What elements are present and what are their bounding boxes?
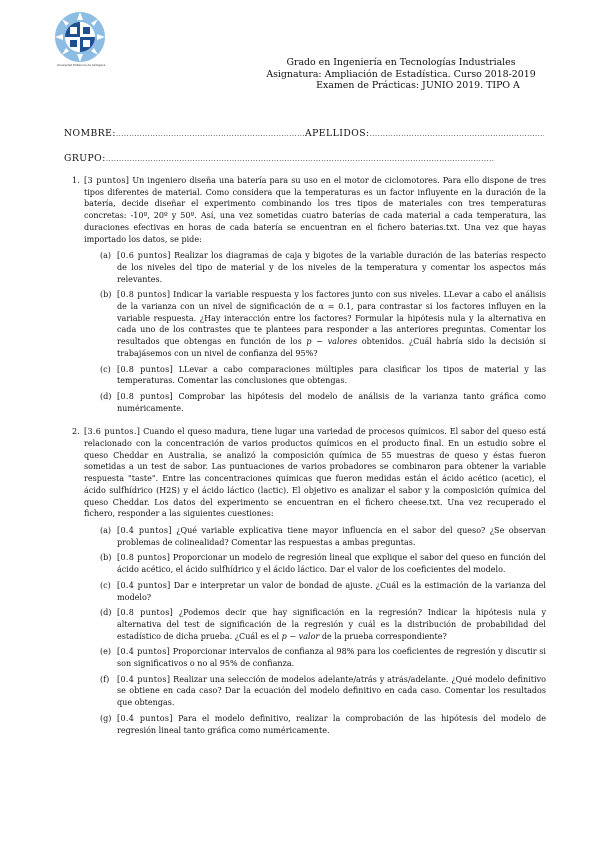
subquestion-text: Comprobar las hipótesis del modelo de an… [117, 392, 546, 413]
subquestion-2e: (e) [0.4 puntos] Proporcionar intervalos… [84, 646, 546, 669]
nombre-label: NOMBRE: [64, 128, 116, 139]
subquestion-2b: (b) [0.8 puntos] Proporcionar un modelo … [84, 552, 546, 575]
subquestion-points: [0.4 puntos] [117, 675, 170, 684]
subquestion-2f: (f) [0.4 puntos] Realizar una selección … [84, 674, 546, 709]
subquestion-2c: (c) [0.4 puntos] Dar e interpretar un va… [84, 580, 546, 603]
subquestion-label: (b) [100, 289, 111, 301]
subquestion-text-end: de la prueba correspondiente? [319, 632, 447, 641]
subquestion-label: (d) [100, 391, 111, 403]
question-points: [3 puntos] [84, 176, 129, 185]
subquestion-label: (b) [100, 552, 111, 564]
subquestion-1b: (b) [0.8 puntos] Indicar la variable res… [84, 289, 546, 359]
subquestion-label: (f) [100, 674, 109, 686]
subquestion-2g: (g) [0.4 puntos] Para el modelo definiti… [84, 713, 546, 736]
subquestion-points: [0.8 puntos] [117, 553, 170, 562]
apellidos-field[interactable]: ........................................… [370, 130, 544, 138]
subquestion-label: (c) [100, 364, 111, 376]
student-fields: NOMBRE:.................................… [64, 128, 544, 165]
p-value-term: p − valor [282, 632, 320, 641]
question-text: Un ingeniero diseña una batería para su … [84, 176, 546, 244]
subquestion-points: [0.4 puntos] [117, 526, 172, 535]
question-list: 1. [3 puntos] Un ingeniero diseña una ba… [64, 175, 546, 740]
question-1: 1. [3 puntos] Un ingeniero diseña una ba… [64, 175, 546, 414]
subquestion-label: (g) [100, 713, 111, 725]
subquestion-text: Dar e interpretar un valor de bondad de … [117, 581, 546, 602]
subquestion-text: LLevar a cabo comparaciones múltiples pa… [117, 365, 546, 386]
exam-page: Universidad Politécnica de Cartagena Gra… [0, 0, 599, 848]
subquestion-points: [0.4 puntos] [117, 714, 173, 723]
subquestion-points: [0.8 puntos] [117, 290, 170, 299]
subquestion-points: [0.8 puntos] [117, 392, 173, 401]
subquestion-text: ¿Qué variable explicativa tiene mayor in… [117, 526, 546, 547]
logo-caption: Universidad Politécnica de Cartagena [52, 64, 110, 67]
course-subject: Asignatura: Ampliación de Estadística. C… [251, 69, 551, 81]
p-value-term: p − valores [306, 337, 357, 346]
subquestion-points: [0.6 puntos] [117, 251, 171, 260]
question-intro: [3.6 puntos.] Cuando el queso madura, ti… [84, 426, 546, 520]
subquestion-points: [0.8 puntos] [117, 608, 173, 617]
question-text: Cuando el queso madura, tiene lugar una … [84, 427, 546, 518]
exam-header: Grado en Ingeniería en Tecnologías Indus… [251, 57, 551, 92]
grupo-label: GRUPO: [64, 153, 106, 164]
subquestion-1d: (d) [0.8 puntos] Comprobar las hipótesis… [84, 391, 546, 414]
name-row: NOMBRE:.................................… [64, 128, 544, 140]
subquestion-text: Proporcionar intervalos de confianza al … [117, 647, 546, 668]
question-2: 2. [3.6 puntos.] Cuando el queso madura,… [64, 426, 546, 736]
subquestion-label: (d) [100, 607, 111, 619]
question-intro: [3 puntos] Un ingeniero diseña una bater… [84, 175, 546, 245]
subquestion-label: (e) [100, 646, 111, 658]
exam-title: Examen de Prácticas: JUNIO 2019. TIPO A [251, 80, 551, 92]
subquestion-text: Realizar una selección de modelos adelan… [117, 675, 546, 707]
subquestion-label: (a) [100, 250, 111, 262]
group-row: GRUPO:..................................… [64, 153, 544, 165]
question-number: 1. [72, 175, 80, 187]
apellidos-label: APELLIDOS: [305, 128, 370, 139]
nombre-field[interactable]: ........................................… [116, 130, 305, 138]
subquestion-list: (a) [0.4 puntos] ¿Qué variable explicati… [84, 525, 546, 736]
subquestion-points: [0.4 puntos] [117, 647, 170, 656]
degree-title: Grado en Ingeniería en Tecnologías Indus… [251, 57, 551, 69]
university-crest-icon [54, 11, 106, 63]
subquestion-points: [0.4 puntos] [117, 581, 171, 590]
subquestion-list: (a) [0.6 puntos] Realizar los diagramas … [84, 250, 546, 414]
subquestion-text: Realizar los diagramas de caja y bigotes… [117, 251, 546, 283]
subquestion-2a: (a) [0.4 puntos] ¿Qué variable explicati… [84, 525, 546, 548]
subquestion-text: Para el modelo definitivo, realizar la c… [117, 714, 546, 735]
subquestion-1c: (c) [0.8 puntos] LLevar a cabo comparaci… [84, 364, 546, 387]
subquestion-text: Proporcionar un modelo de regresión line… [117, 553, 546, 574]
subquestion-2d: (d) [0.8 puntos] ¿Podemos decir que hay … [84, 607, 546, 642]
subquestion-label: (c) [100, 580, 111, 592]
subquestion-label: (a) [100, 525, 111, 537]
subquestion-points: [0.8 puntos] [117, 365, 173, 374]
question-number: 2. [72, 426, 80, 438]
subquestion-1a: (a) [0.6 puntos] Realizar los diagramas … [84, 250, 546, 285]
question-points: [3.6 puntos.] [84, 427, 140, 436]
grupo-field[interactable]: ........................................… [106, 155, 495, 163]
